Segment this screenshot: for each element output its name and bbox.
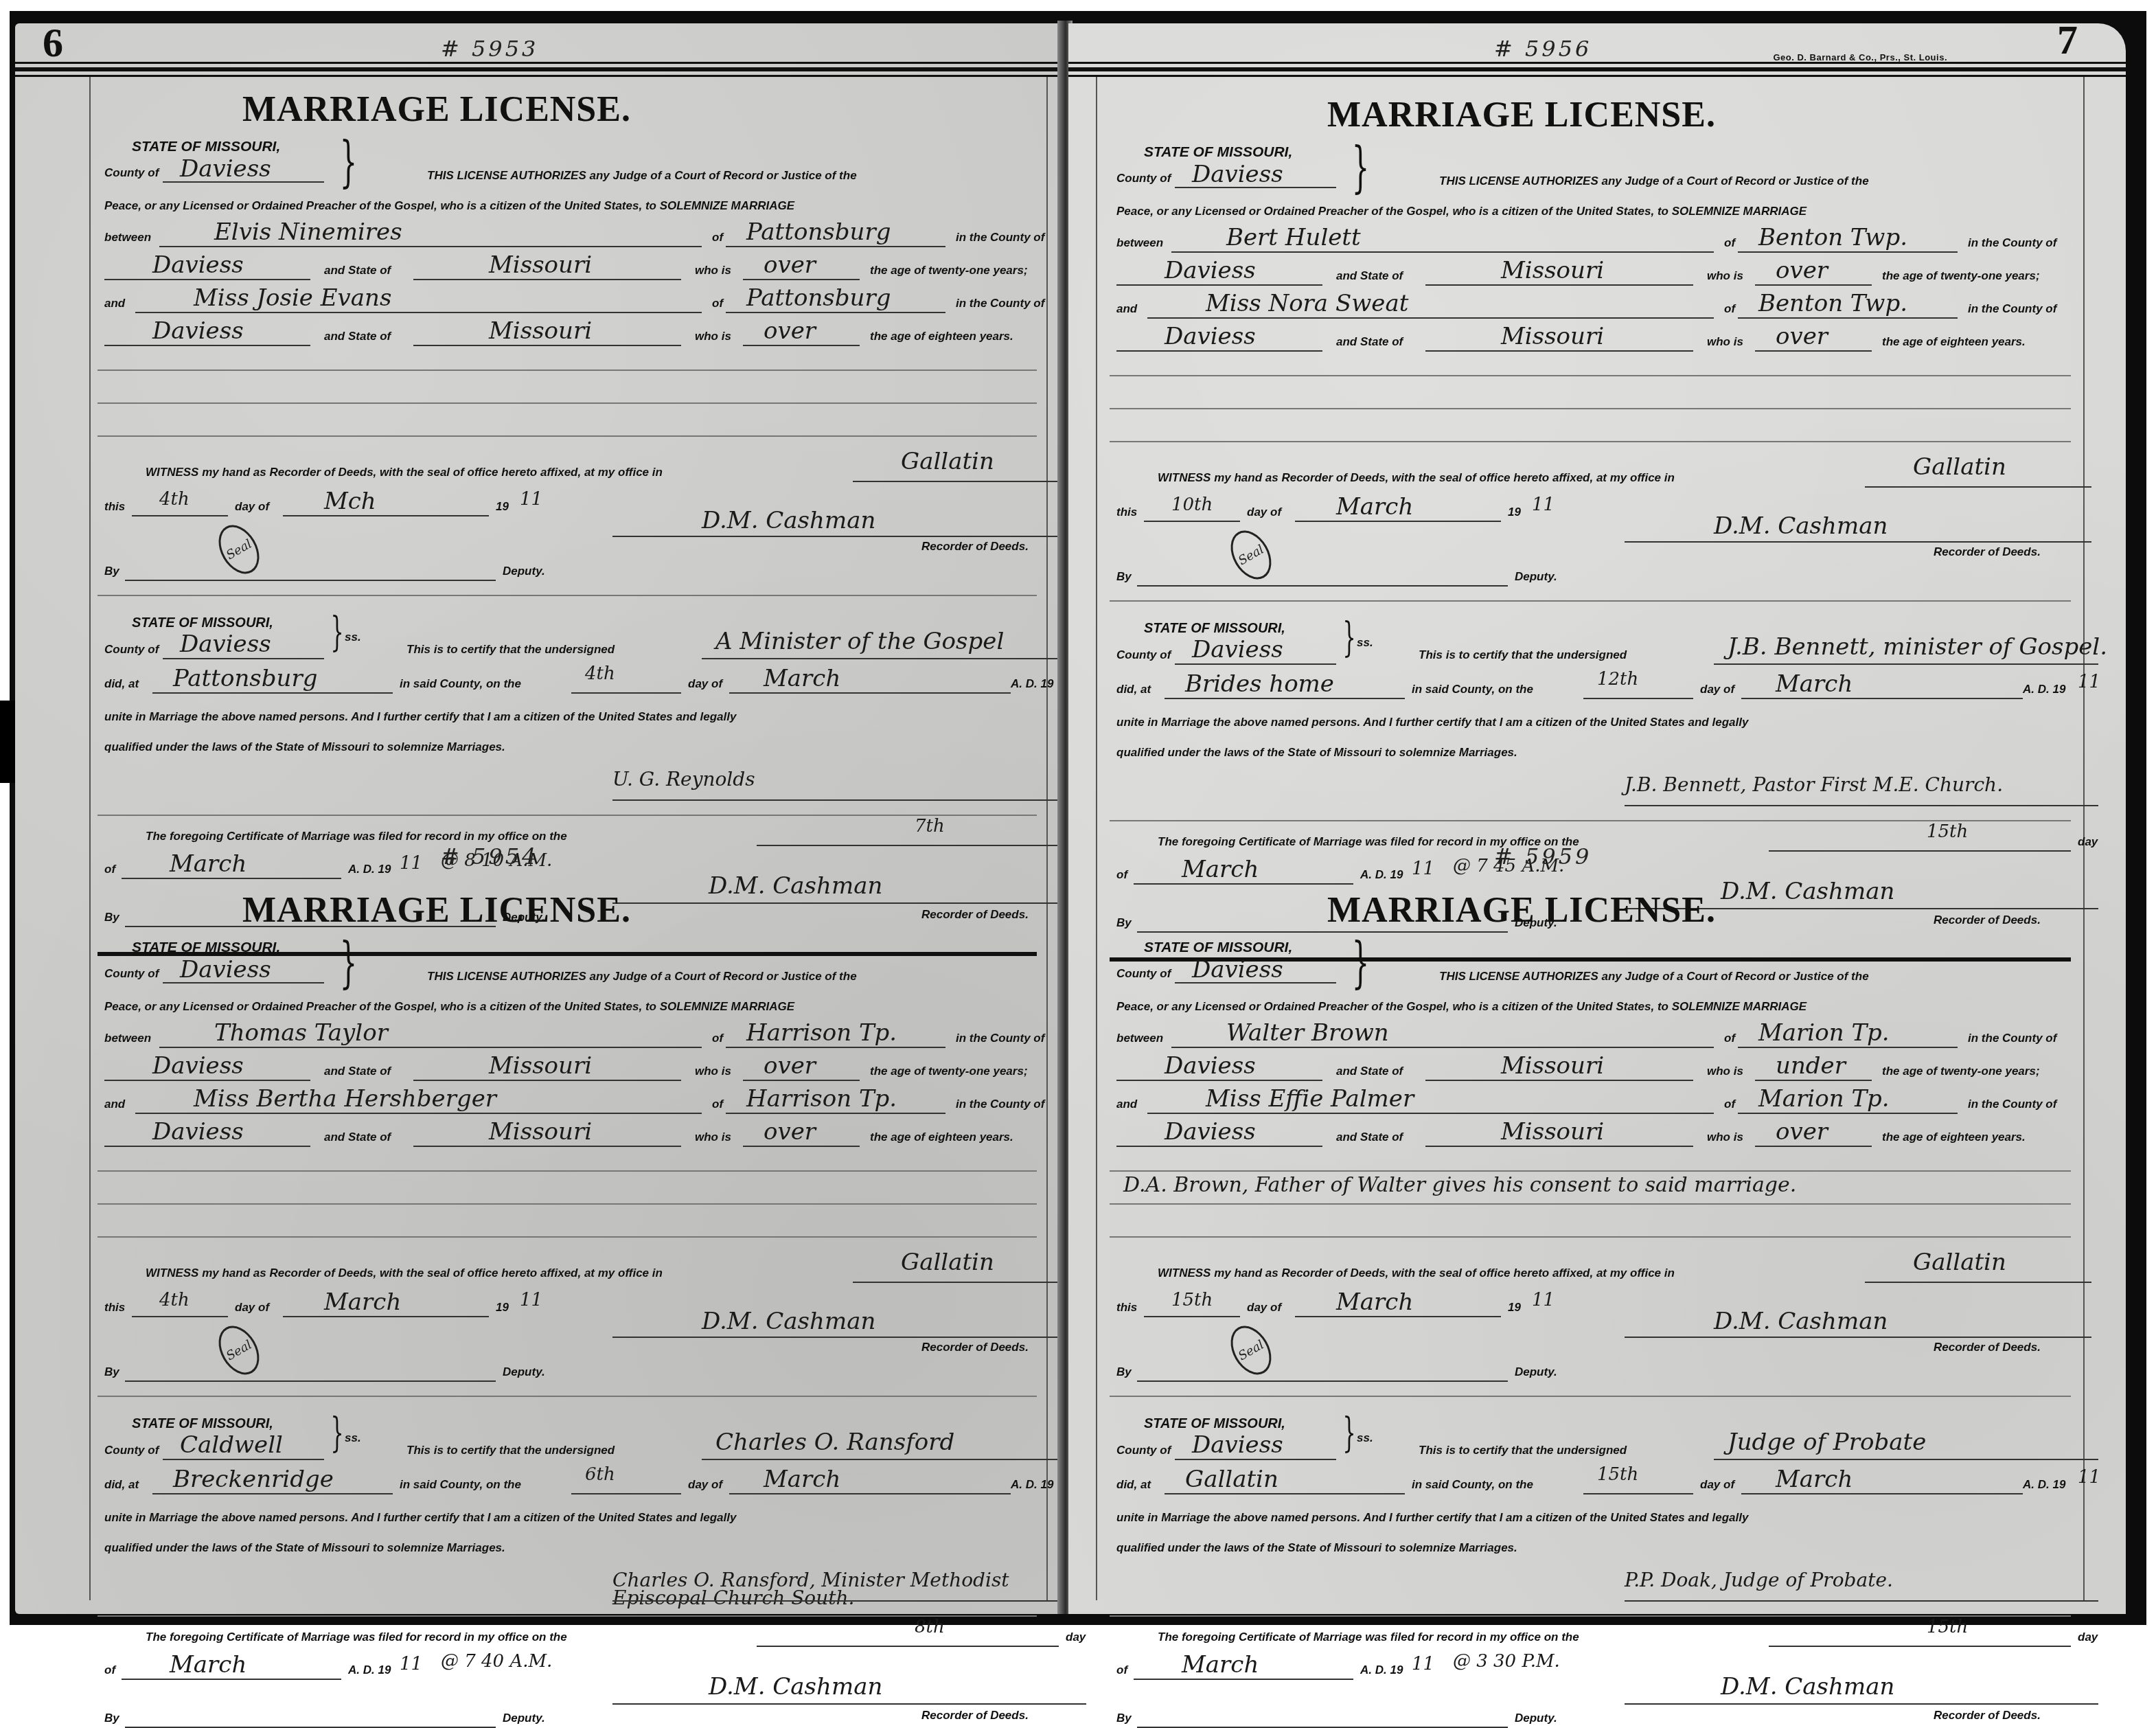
brace: } [1352,140,1369,195]
deputy-label: Deputy. [1515,1365,1557,1379]
and-state-label: and State of [1336,1065,1403,1078]
ceremony-month: March [1776,1466,1853,1493]
ruled-line [98,1170,1037,1172]
officiant-signature: J.B. Bennett, Pastor First M.E. Church. [1625,776,2003,794]
recorder-signature: D.M. Cashman [1714,512,1888,540]
fill-line [104,345,310,346]
between-label: between [1116,236,1163,250]
filing-day: 8th [915,1617,945,1635]
license-5959: # 5959MARRIAGE LICENSE.STATE OF MISSOURI… [1068,834,2126,1617]
by-label: By [1116,570,1132,584]
fill-line [1755,1080,1872,1081]
groom-name: Walter Brown [1226,1019,1389,1047]
fill-line [163,1459,324,1460]
year-prefix: 19 [496,500,509,514]
and-label: and [1116,302,1137,316]
unite-text: unite in Marriage the above named person… [1116,1511,1748,1525]
fill-line [1171,251,1714,253]
fill-line [1583,698,1693,699]
ceremony-month: March [1776,670,1853,698]
age-21-text: the age of twenty-one years; [870,1065,1028,1078]
license-county: Daviess [180,155,271,183]
bride-residence: Marion Tp. [1758,1085,1890,1113]
ad-label: A. D. 19 [2023,683,2065,696]
fill-line [132,1316,228,1317]
officiant-signature: U. G. Reynolds [612,771,755,788]
ceremony-day: 12th [1597,669,1638,690]
fill-line [104,1146,310,1147]
qualified-text: qualified under the laws of the State of… [1116,746,1517,760]
fill-line [1865,486,2091,488]
record-number: # 5954 [441,843,538,869]
witness-year: 11 [1532,494,1555,515]
bride-county: Daviess [152,317,244,345]
ceremony-place: Breckenridge [173,1466,334,1493]
qualified-text: qualified under the laws of the State of… [104,1541,505,1555]
county-label: County of [104,1444,159,1457]
fill-line [571,1493,681,1494]
this-label: this [1116,505,1137,519]
ruled-line [98,815,1037,816]
recorder-label: Recorder of Deeds. [921,1341,1029,1354]
bride-age-status: over [764,317,816,345]
groom-state: Missouri [1501,1052,1604,1080]
groom-name: Elvis Ninemires [214,218,402,246]
fill-line [1295,1316,1501,1317]
ceremony-day: 6th [585,1464,615,1485]
certify-text: This is to certify that the undersigned [406,643,615,657]
fill-line [1175,982,1336,984]
and-state-label: and State of [324,264,391,277]
age-18-text: the age of eighteen years. [1882,1130,2026,1144]
cert-state-label: STATE OF MISSOURI, [132,1416,273,1432]
ad-label: A. D. 19 [1011,677,1053,691]
fill-line [1738,317,1958,319]
of-label: of [712,231,723,245]
qualified-text: qualified under the laws of the State of… [104,740,505,754]
brace: } [1343,617,1356,658]
fill-line [152,692,393,694]
ruled-line [98,1236,1037,1238]
groom-county: Daviess [152,251,244,279]
bride-name: Miss Effie Palmer [1206,1085,1414,1113]
day-of-label: day of [235,500,269,514]
groom-state: Missouri [489,251,592,279]
of-label: of [1724,302,1735,316]
age-21-text: the age of twenty-one years; [1882,1065,2040,1078]
ruled-line [1110,441,2071,442]
fill-line [163,658,324,659]
who-is-label: who is [1707,269,1743,283]
ruled-line [1110,408,2071,409]
and-label: and [104,1098,125,1111]
left-page: 6 # 5953MARRIAGE LICENSE.STATE OF MISSOU… [15,23,1064,1614]
fill-line [729,1493,1011,1494]
witness-month: March [324,1288,401,1316]
recorder-signature: D.M. Cashman [702,1308,875,1335]
license-5956: # 5956MARRIAGE LICENSE.STATE OF MISSOURI… [1068,23,2126,834]
recorder-label: Recorder of Deeds. [1934,1341,2041,1354]
seal-stamp: Seal [210,1319,267,1382]
age-18-text: the age of eighteen years. [1882,335,2026,349]
ceremony-month: March [764,1466,840,1493]
fill-line [163,181,324,183]
fill-line [612,1337,1079,1338]
witness-year: 11 [1532,1290,1555,1310]
groom-state: Missouri [489,1052,592,1080]
fill-line [743,279,860,280]
officiant-title: Judge of Probate [1728,1429,1926,1456]
day-of-label: day of [1247,505,1281,519]
county-label: County of [1116,172,1171,185]
bride-age-status: over [1776,323,1828,350]
who-is-label: who is [1707,335,1743,349]
license-5953: # 5953MARRIAGE LICENSE.STATE OF MISSOURI… [15,23,1064,834]
seal-stamp: Seal [210,518,267,581]
consent-note: D.A. Brown, Father of Walter gives his c… [1123,1173,1796,1197]
fill-line [1741,698,2023,699]
in-said-county-text: in said County, on the [400,1478,521,1492]
brace: } [340,935,357,990]
and-state-label: and State of [324,330,391,343]
ss-label: ss. [345,1431,361,1445]
in-county-label: in the County of [956,231,1044,245]
witness-text: WITNESS my hand as Recorder of Deeds, wi… [1158,471,1675,485]
fill-line [1741,1493,2023,1494]
age-18-text: the age of eighteen years. [870,330,1013,343]
witness-month: March [1336,1288,1413,1316]
deputy-label: Deputy. [503,1365,545,1379]
fill-line [1175,187,1336,188]
fill-line [125,1380,496,1382]
fill-line [1116,284,1322,286]
witness-year: 11 [520,489,542,510]
groom-state: Missouri [1501,257,1604,284]
witness-day: 4th [159,489,190,510]
county-label: County of [104,166,159,180]
in-county-label: in the County of [956,1098,1044,1111]
in-county-label: in the County of [956,297,1044,310]
cert-county: Daviess [1192,1431,1283,1459]
ceremony-year: 11 [2078,1467,2100,1488]
between-label: between [104,1032,151,1045]
fill-line [743,345,860,346]
who-is-label: who is [695,1130,731,1144]
groom-residence: Benton Twp. [1758,224,1907,251]
day-of-label: day of [1247,1301,1281,1315]
in-county-label: in the County of [1968,1032,2056,1045]
year-prefix: 19 [1508,1301,1521,1315]
fill-line [1755,1146,1872,1147]
license-title: MARRIAGE LICENSE. [993,890,2050,931]
witness-text: WITNESS my hand as Recorder of Deeds, wi… [146,466,663,479]
officiant-signature: Charles O. Ransford, Minister Methodist … [612,1571,1064,1607]
who-is-label: who is [695,330,731,343]
record-number: # 5953 [441,36,538,62]
county-label: County of [104,967,159,981]
deputy-label: Deputy. [503,565,545,578]
ruled-line [1110,1170,2071,1172]
brace: } [340,135,357,190]
authorizes-text: THIS LICENSE AUTHORIZES any Judge of a C… [427,970,857,984]
fill-line [132,515,228,516]
fill-line [1755,284,1872,286]
license-county: Daviess [180,956,271,984]
recorder-label: Recorder of Deeds. [921,540,1029,554]
and-state-label: and State of [1336,269,1403,283]
fill-line [1147,1113,1714,1114]
bride-state: Missouri [489,1118,592,1146]
fill-line [1116,1146,1322,1147]
groom-age-status: under [1776,1052,1846,1080]
fill-line [726,246,945,247]
fill-line [1755,350,1872,352]
and-label: and [1116,1098,1137,1111]
authorizes-text: THIS LICENSE AUTHORIZES any Judge of a C… [1439,970,1869,984]
fill-line [612,799,1086,801]
year-prefix: 19 [496,1301,509,1315]
authorizes-text: THIS LICENSE AUTHORIZES any Judge of a C… [427,169,857,183]
between-label: between [1116,1032,1163,1045]
fill-line [1175,1459,1336,1460]
groom-age-status: over [1776,257,1828,284]
ss-label: ss. [345,630,361,644]
fill-line [1116,350,1322,352]
ss-label: ss. [1357,1431,1373,1445]
license-title: MARRIAGE LICENSE. [0,890,961,931]
witness-office: Gallatin [901,448,994,475]
ad-label: A. D. 19 [2023,1478,2065,1492]
year-prefix: 19 [1508,505,1521,519]
peace-text: Peace, or any Licensed or Ordained Preac… [1116,1000,1807,1014]
ss-label: ss. [1357,636,1373,650]
witness-text: WITNESS my hand as Recorder of Deeds, wi… [1158,1266,1675,1280]
fill-line [1865,1282,2091,1283]
fill-line [1714,1459,2098,1460]
and-state-label: and State of [1336,1130,1403,1144]
between-label: between [104,231,151,245]
witness-day: 15th [1171,1290,1213,1310]
age-18-text: the age of eighteen years. [870,1130,1013,1144]
fill-line [104,1080,310,1081]
ceremony-month: March [764,665,840,692]
recorder-signature: D.M. Cashman [702,507,875,534]
ruled-line [98,595,1037,596]
ruled-line [1110,600,2071,602]
this-label: this [1116,1301,1137,1315]
bride-age-status: over [1776,1118,1828,1146]
fill-line [1425,1080,1693,1081]
fill-line [1425,1146,1693,1147]
certify-text: This is to certify that the undersigned [1419,648,1627,662]
fill-line [125,580,496,581]
in-county-label: in the County of [956,1032,1044,1045]
fill-line [159,1047,702,1048]
bride-state: Missouri [1501,323,1604,350]
fill-line [135,1113,702,1114]
fill-line [1714,663,2098,665]
fill-line [853,1282,1079,1283]
deputy-label: Deputy. [1515,570,1557,584]
day-of-label: day of [1700,683,1734,696]
in-county-label: in the County of [1968,302,2056,316]
fill-line [283,515,489,516]
bride-residence: Harrison Tp. [746,1085,897,1113]
fill-line [743,1080,860,1081]
and-label: and [104,297,125,310]
cert-state-label: STATE OF MISSOURI, [132,615,273,631]
groom-residence: Pattonsburg [746,218,891,246]
fill-line [1116,1080,1322,1081]
fill-line [283,1316,489,1317]
bride-name: Miss Josie Evans [194,284,391,312]
fill-line [702,1459,1086,1460]
bride-state: Missouri [1501,1118,1604,1146]
cert-county: Daviess [1192,636,1283,663]
fill-line [413,1080,681,1081]
bride-county: Daviess [1165,1118,1256,1146]
cert-state-label: STATE OF MISSOURI, [1144,621,1285,637]
ceremony-place: Pattonsburg [173,665,317,692]
recorder-label: Recorder of Deeds. [1934,545,2041,559]
in-said-county-text: in said County, on the [1412,683,1533,696]
fill-line [612,536,1079,537]
ceremony-place: Brides home [1185,670,1334,698]
county-label: County of [1116,1444,1171,1457]
bride-county: Daviess [152,1118,244,1146]
fill-line [413,279,681,280]
officiant-title: A Minister of the Gospel [715,628,1004,655]
record-number: # 5956 [1494,36,1592,62]
bride-residence: Benton Twp. [1758,290,1907,317]
in-said-county-text: in said County, on the [400,677,521,691]
certify-text: This is to certify that the undersigned [406,1444,615,1457]
day-of-label: day of [235,1301,269,1315]
witness-month: March [1336,493,1413,521]
of-label: of [712,1032,723,1045]
fill-line [1147,317,1714,319]
fill-line [729,692,1011,694]
fill-line [1738,1047,1958,1048]
fill-line [571,692,681,694]
peace-text: Peace, or any Licensed or Ordained Preac… [104,1000,794,1014]
by-label: By [1116,1365,1132,1379]
ruled-line [98,435,1037,437]
groom-name: Bert Hulett [1226,224,1361,251]
ceremony-place: Gallatin [1185,1466,1278,1493]
groom-residence: Marion Tp. [1758,1019,1890,1047]
state-label: STATE OF MISSOURI, [1144,144,1292,161]
fill-line [1175,663,1336,665]
fill-line [1583,1493,1693,1494]
and-state-label: and State of [324,1065,391,1078]
certify-text: This is to certify that the undersigned [1419,1444,1627,1457]
fill-line [1144,1316,1240,1317]
bride-age-status: over [764,1118,816,1146]
in-county-label: in the County of [1968,1098,2056,1111]
ruled-line [98,1203,1037,1205]
state-label: STATE OF MISSOURI, [132,940,280,956]
authorizes-text: THIS LICENSE AUTHORIZES any Judge of a C… [1439,174,1869,188]
bride-name: Miss Nora Sweat [1206,290,1408,317]
of-label: of [712,297,723,310]
fill-line [1137,1380,1508,1382]
who-is-label: who is [695,264,731,277]
county-label: County of [1116,967,1171,981]
in-county-label: in the County of [1968,236,2056,250]
fill-line [726,1047,945,1048]
day-of-label: day of [1700,1478,1734,1492]
fill-line [1137,585,1508,587]
fill-line [1625,1337,2091,1338]
seal-stamp: Seal [1222,1319,1279,1382]
groom-name: Thomas Taylor [214,1019,388,1047]
fill-line [413,345,681,346]
state-label: STATE OF MISSOURI, [1144,940,1292,956]
groom-residence: Harrison Tp. [746,1019,897,1047]
county-label: County of [104,643,159,657]
officiant-title: Charles O. Ransford [715,1429,954,1456]
of-label: of [1724,1098,1735,1111]
groom-county: Daviess [1165,257,1256,284]
of-label: of [1724,1032,1735,1045]
record-number: # 5959 [1494,843,1592,869]
witness-year: 11 [520,1290,542,1310]
fill-line [1295,521,1501,522]
fill-line [104,279,310,280]
ruled-line [1110,1396,2071,1397]
ruled-line [98,1396,1037,1397]
right-page: 7 Geo. D. Barnard & Co., Prs., St. Louis… [1068,23,2126,1614]
unite-text: unite in Marriage the above named person… [1116,716,1748,729]
did-at-label: did, at [104,1478,139,1492]
and-state-label: and State of [1336,335,1403,349]
age-21-text: the age of twenty-one years; [1882,269,2040,283]
did-at-label: did, at [1116,683,1151,696]
in-said-county-text: in said County, on the [1412,1478,1533,1492]
peace-text: Peace, or any Licensed or Ordained Preac… [104,199,794,213]
peace-text: Peace, or any Licensed or Ordained Preac… [1116,205,1807,218]
who-is-label: who is [1707,1065,1743,1078]
fill-line [1625,1600,2098,1602]
fill-line [743,1146,860,1147]
did-at-label: did, at [1116,1478,1151,1492]
witness-office: Gallatin [1913,1249,2006,1276]
bride-county: Daviess [1165,323,1256,350]
who-is-label: who is [1707,1130,1743,1144]
age-21-text: the age of twenty-one years; [870,264,1028,277]
ruled-line [1110,1203,2071,1205]
bride-state: Missouri [489,317,592,345]
ruled-line [98,370,1037,371]
fill-line [726,1113,945,1114]
who-is-label: who is [695,1065,731,1078]
witness-text: WITNESS my hand as Recorder of Deeds, wi… [146,1266,663,1280]
fill-line [1425,284,1693,286]
ceremony-day: 4th [585,663,615,684]
of-label: of [1724,236,1735,250]
ceremony-day: 15th [1597,1464,1638,1485]
fill-line [1625,805,2098,806]
cert-state-label: STATE OF MISSOURI, [1144,1416,1285,1432]
witness-office: Gallatin [901,1249,994,1276]
groom-county: Daviess [152,1052,244,1080]
fill-line [1625,541,2091,543]
fill-line [726,312,945,313]
cert-county: Caldwell [180,1431,283,1459]
bride-name: Miss Bertha Hershberger [194,1085,496,1113]
did-at-label: did, at [104,677,139,691]
